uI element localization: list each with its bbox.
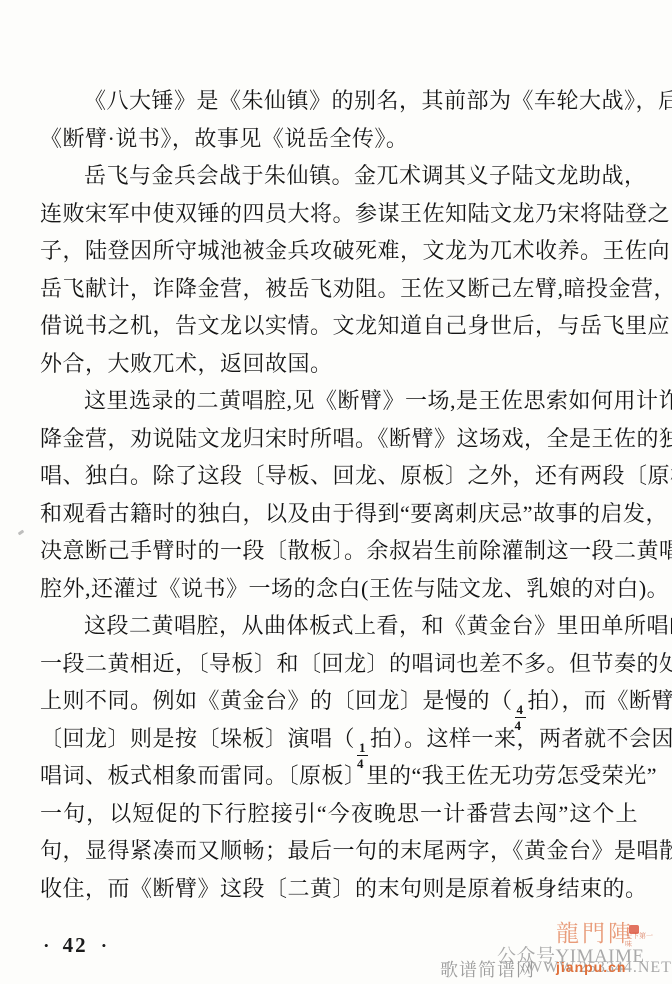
- text-line: 岳飞与金兵会战于朱仙镇。金兀术调其义子陆文龙助战，: [40, 157, 638, 195]
- scanned-book-page: 《八大锤》是《朱仙镇》的别名，其前部为《车轮大战》，后部是《断臂·说书》，故事见…: [0, 0, 672, 984]
- watermark-jianpu-url: jianpu.cn: [556, 959, 626, 975]
- text-line: 收住，而《断臂》这段〔二黄〕的末句则是原着板身结束的。: [40, 870, 638, 908]
- page-number-right-dot: •: [102, 938, 107, 954]
- text-line: 这段二黄唱腔，从曲体板式上看，和《黄金台》里田单所唱的: [40, 607, 638, 645]
- watermark-gepu-site: 歌谱简谱网: [440, 956, 535, 982]
- text-line: 腔外,还灌过《说书》一场的念白(王佐与陆文龙、乳娘的对白)。: [40, 570, 638, 608]
- text-line: 唱、独白。除了这段〔导板、回龙、原板〕之外，还有两段〔原板〕: [40, 457, 638, 495]
- text-line: 唱词、板式相象而雷同。〔原板〕里的“我王佐无功劳怎受荣光”: [40, 757, 638, 795]
- watermark-red-seal: [629, 925, 639, 934]
- text-line: 句，显得紧凑而又顺畅；最后一句的末尾两字，《黄金台》是唱散: [40, 832, 638, 870]
- page-number-left-dot: •: [44, 938, 49, 954]
- text-line: 连败宋军中使双锤的四员大将。参谋王佐知陆文龙乃宋将陆登之: [40, 195, 638, 233]
- text-line: 决意断己手臂时的一段〔散板〕。余叔岩生前除灌制这一段二黄唱: [40, 532, 638, 570]
- text-line: 降金营，劝说陆文龙归宋时所唱。《断臂》这场戏，全是王佐的独: [40, 420, 638, 458]
- text-line: 借说书之机，告文龙以实情。文龙知道自己身世后，与岳飞里应: [40, 307, 638, 345]
- text-line: 和观看古籍时的独白，以及由于得到“要离刺庆忌”故事的启发，: [40, 495, 638, 533]
- text-line: 一段二黄相近，〔导板〕和〔回龙〕的唱词也差不多。但节奏的处理: [40, 645, 638, 683]
- text-line: 外合，大败兀术，返回故国。: [40, 345, 638, 383]
- page-number: • 42 •: [44, 933, 106, 958]
- text-line: 上则不同。例如《黄金台》的〔回龙〕是慢的（44拍），而《断臂》的: [40, 682, 638, 720]
- text-line: 岳飞献计，诈降金营，被岳飞劝阻。王佐又断己左臂,暗投金营，: [40, 270, 638, 308]
- text-line: 这里选录的二黄唱腔,见《断臂》一场,是王佐思索如何用计诈: [40, 382, 638, 420]
- text-line: 子，陆登因所守城池被金兵攻破死难，文龙为兀术收养。王佐向: [40, 232, 638, 270]
- text-line: 〔回龙〕则是按〔垛板〕演唱（14拍）。这样一来，两者就不会因为: [40, 720, 638, 758]
- scan-speck: [18, 530, 25, 536]
- text-line: 《八大锤》是《朱仙镇》的别名，其前部为《车轮大战》，后部是: [40, 82, 638, 120]
- page-number-value: 42: [63, 933, 88, 958]
- text-block: 《八大锤》是《朱仙镇》的别名，其前部为《车轮大战》，后部是《断臂·说书》，故事见…: [40, 82, 638, 907]
- text-line: 一句，以短促的下行腔接引“今夜晚思一计番营去闯”这个上: [40, 795, 638, 833]
- text-line: 《断臂·说书》，故事见《说岳全传》。: [40, 120, 638, 158]
